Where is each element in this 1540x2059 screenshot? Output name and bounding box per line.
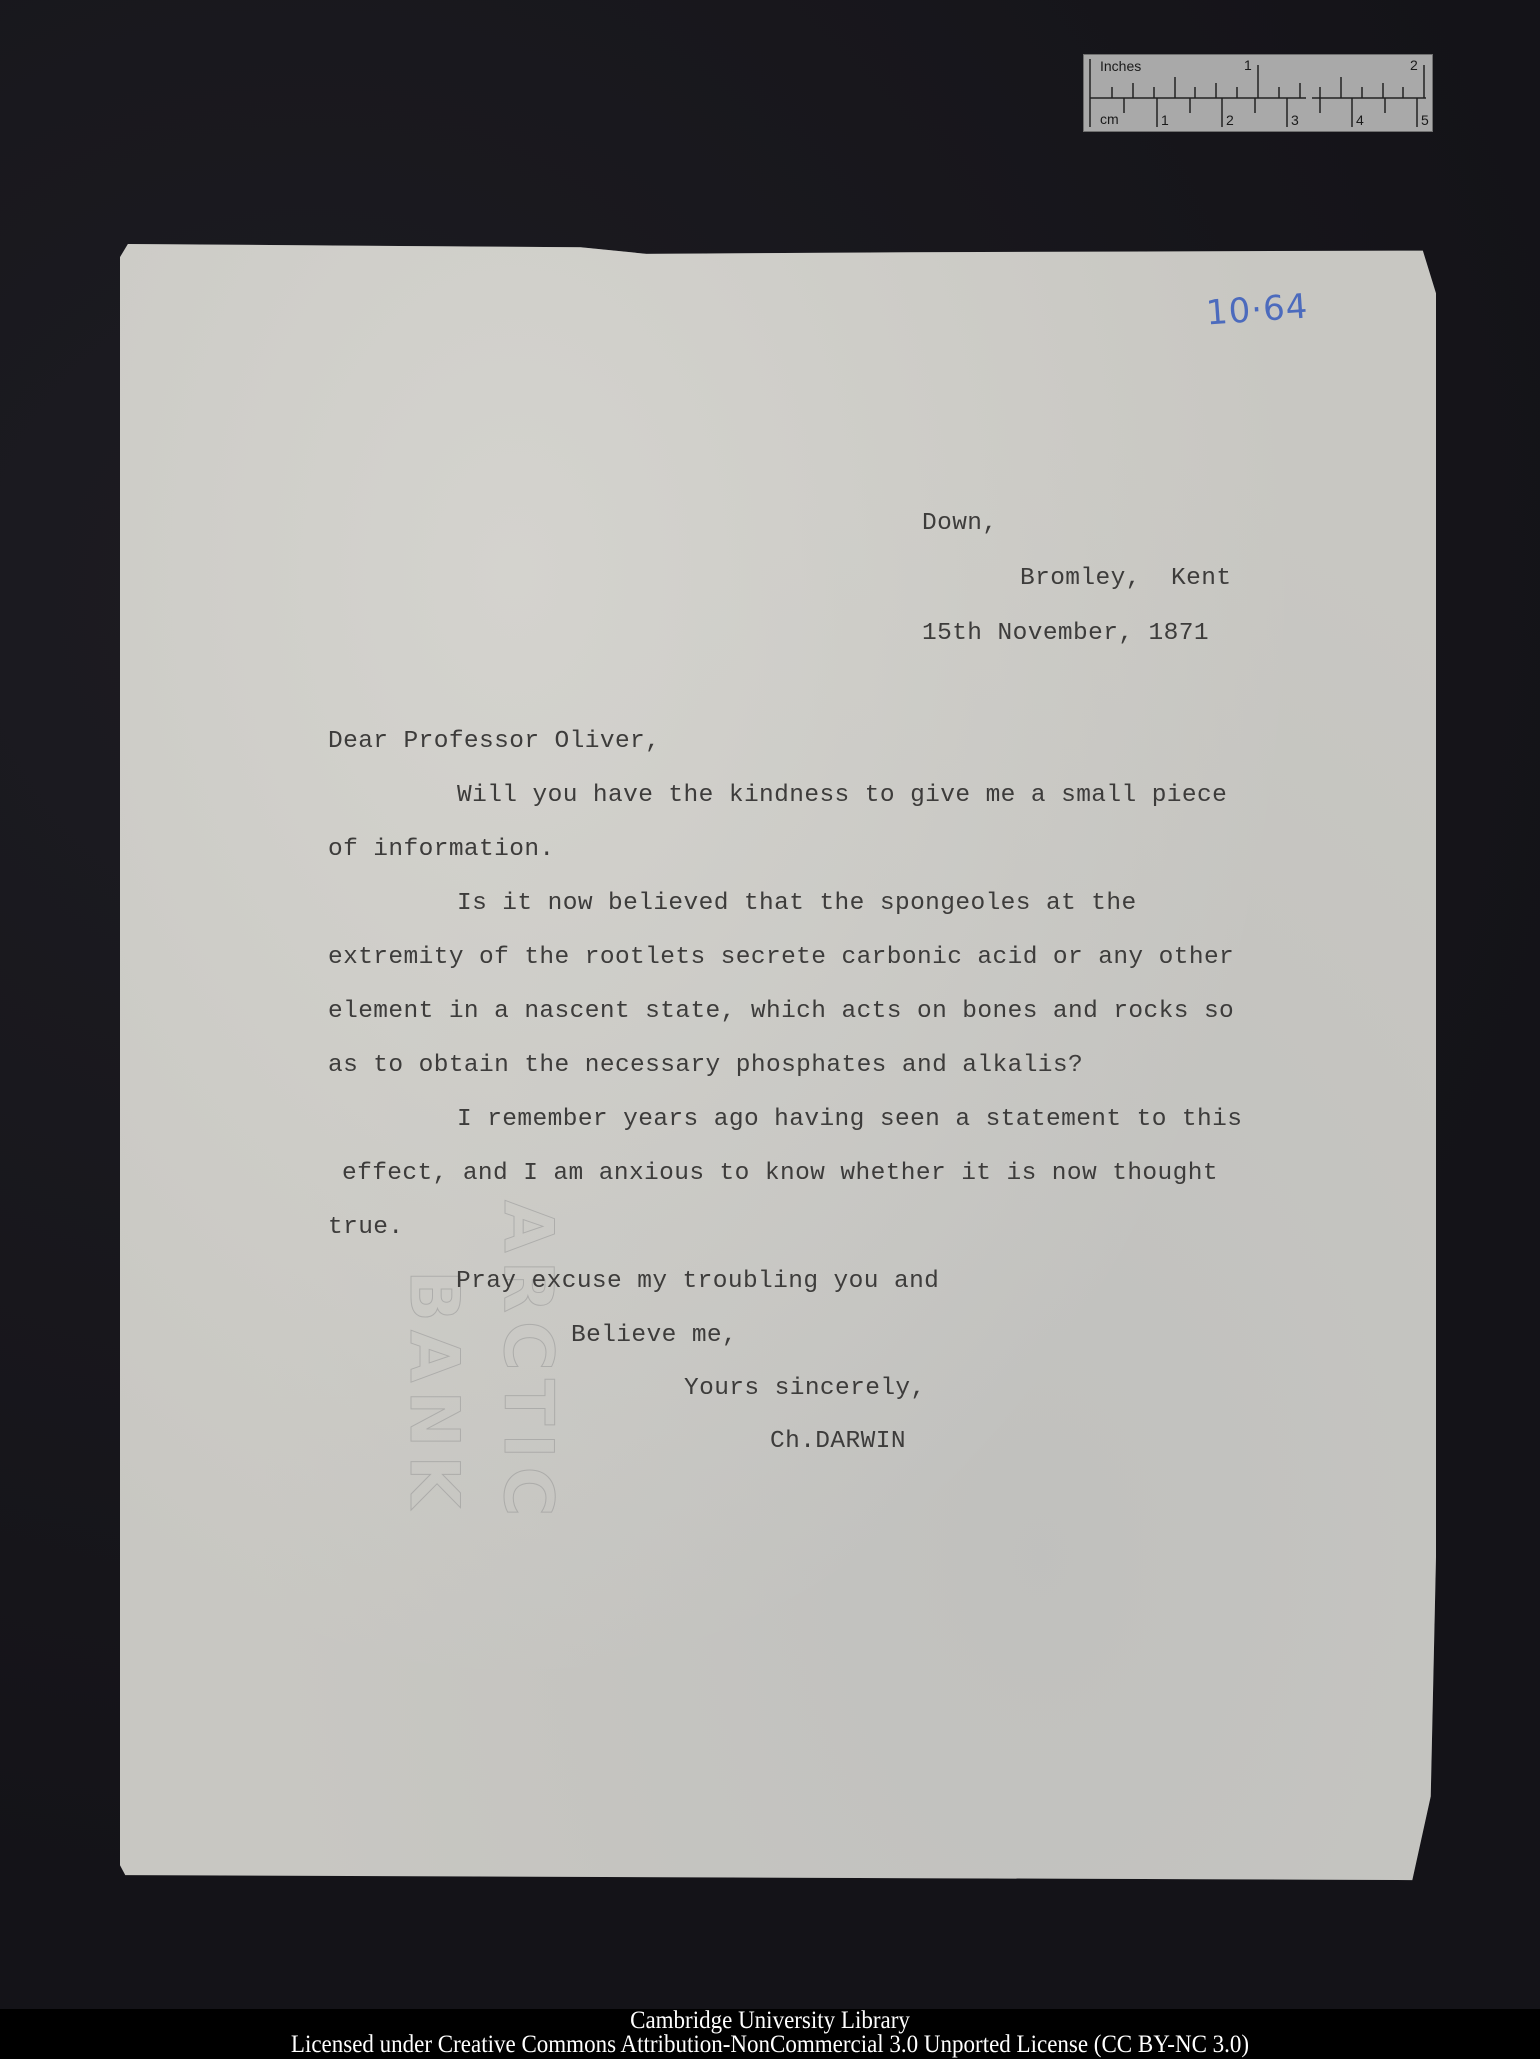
body-line-6: as to obtain the necessary phosphates an…	[328, 1052, 1083, 1079]
watermark-bank: BANK	[394, 1270, 473, 1516]
ruler-cm-label: cm	[1100, 111, 1119, 127]
ruler-cm-3: 3	[1291, 112, 1299, 128]
body-line-2: of information.	[328, 836, 555, 863]
letter-date: 15th November, 1871	[922, 620, 1209, 647]
ruler-cm-1: 1	[1161, 112, 1169, 128]
closing-line-3: Yours sincerely,	[684, 1375, 926, 1402]
ruler-cm-2: 2	[1226, 112, 1234, 128]
signature: Ch.DARWIN	[770, 1428, 906, 1455]
closing-line-1: Pray excuse my troubling you and	[456, 1268, 939, 1295]
closing-line-2: Believe me,	[571, 1322, 737, 1349]
body-line-5: element in a nascent state, which acts o…	[328, 998, 1234, 1025]
watermark-arctic: ARCTIC	[488, 1200, 567, 1524]
footer-license: Licensed under Creative Commons Attribut…	[62, 2033, 1479, 2057]
footer-institution: Cambridge University Library	[62, 2009, 1479, 2033]
address-line-2: Bromley, Kent	[1020, 565, 1231, 592]
salutation: Dear Professor Oliver,	[328, 728, 660, 755]
body-line-1: Will you have the kindness to give me a …	[457, 782, 1227, 809]
body-line-7: I remember years ago having seen a state…	[457, 1106, 1242, 1133]
body-line-4: extremity of the rootlets secrete carbon…	[328, 944, 1234, 971]
license-footer: Cambridge University Library Licensed un…	[0, 2009, 1540, 2059]
address-line-1: Down,	[922, 510, 998, 537]
body-line-8: effect, and I am anxious to know whether…	[342, 1160, 1218, 1187]
ruler-inches-label: Inches	[1100, 58, 1141, 74]
catalog-number: 10·64	[1205, 286, 1310, 333]
ruler-inch-2: 2	[1410, 57, 1418, 73]
ruler-cm-5: 5	[1421, 112, 1429, 128]
body-line-3: Is it now believed that the spongeoles a…	[457, 890, 1137, 917]
ruler-inch-1: 1	[1244, 57, 1252, 73]
body-line-9: true.	[328, 1214, 404, 1241]
ruler-cm-4: 4	[1356, 112, 1364, 128]
scale-ruler: Inches 1 2 cm 1 2 3 4 5	[1083, 54, 1433, 132]
